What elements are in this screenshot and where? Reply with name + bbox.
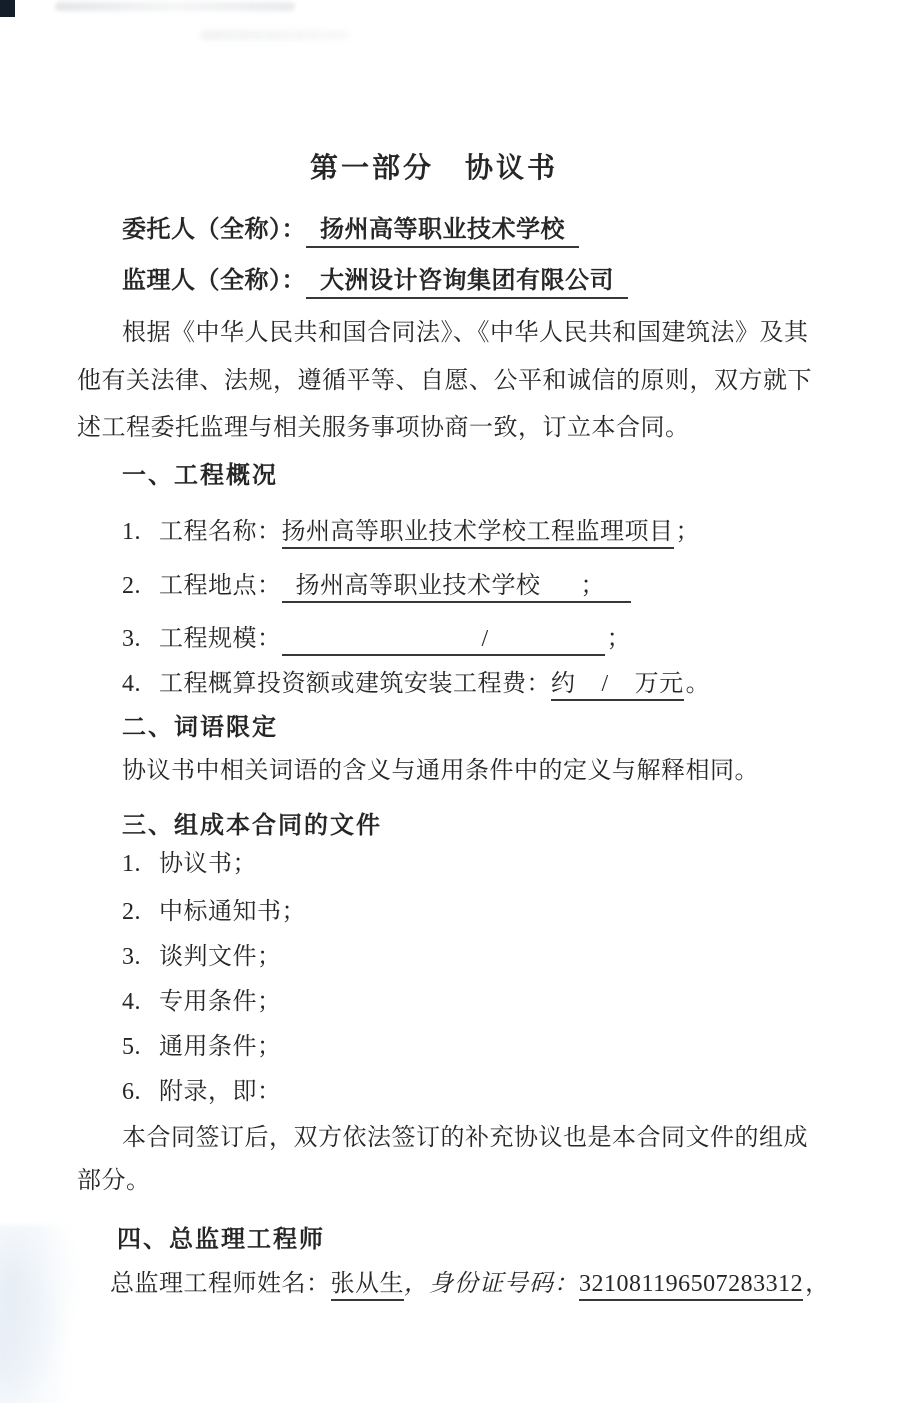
- chief-engineer-line: 总监理工程师姓名：张从生，身份证号码：321081196507283312，: [110, 1268, 830, 1300]
- chief-engineer-label: 总监理工程师姓名：: [110, 1271, 331, 1297]
- unit-word: 万元: [635, 671, 684, 697]
- party-label: 委托人（全称）：: [122, 217, 306, 243]
- line-suffix: ，: [805, 1271, 830, 1297]
- party-line-supervisor: 监理人（全称）：大洲设计咨询集团有限公司: [122, 265, 628, 299]
- item-suffix: ；: [676, 519, 701, 545]
- item-number: 2.: [122, 896, 141, 928]
- item-number: 3.: [122, 623, 141, 655]
- blank-underline: /: [282, 626, 605, 656]
- party-line-client: 委托人（全称）：扬州高等职业技术学校: [122, 214, 579, 248]
- preamble-line: 他有关法律、法规，遵循平等、自愿、公平和诚信的原则，双方就下: [77, 365, 812, 397]
- item-suffix: ；: [607, 626, 632, 652]
- id-number-label: ，身份证号码：: [404, 1271, 579, 1297]
- closing-line: 本合同签订后，双方依法签订的补充协议也是本合同文件的组成: [122, 1122, 808, 1154]
- doc-list-item: 5.通用条件；: [122, 1031, 282, 1063]
- item-text: 专用条件；: [159, 989, 282, 1015]
- item-value: 扬州高等职业技术学校: [282, 570, 555, 602]
- scan-corner-mark: [0, 0, 15, 17]
- section-heading-1: 一、工程概况: [122, 460, 278, 492]
- item-number: 5.: [122, 1031, 141, 1063]
- item-label: 工程地点：: [159, 573, 282, 599]
- section-heading-4: 四、总监理工程师: [117, 1224, 325, 1256]
- item-value-underlined: 扬州高等职业技术学校；: [282, 573, 632, 603]
- scan-smudge-top: [55, 2, 295, 11]
- item-text: 通用条件；: [159, 1034, 282, 1060]
- item-number: 1.: [122, 848, 141, 880]
- item-number: 2.: [122, 570, 141, 602]
- party-label: 监理人（全称）：: [122, 268, 306, 294]
- item-suffix: 。: [686, 671, 711, 697]
- contract-item-investment: 4.工程概算投资额或建筑安装工程费：约/万元。: [122, 668, 710, 700]
- chief-engineer-name-underlined: 张从生: [331, 1271, 405, 1301]
- party-value-underlined: 大洲设计咨询集团有限公司: [306, 265, 628, 299]
- approx-word: 约: [551, 671, 576, 697]
- contract-item-project-scale: 3.工程规模：/；: [122, 623, 631, 655]
- section-heading-2: 二、词语限定: [122, 712, 278, 744]
- item-number: 4.: [122, 986, 141, 1018]
- slash-mark: /: [602, 671, 609, 697]
- item-number: 3.: [122, 941, 141, 973]
- id-number-underlined: 321081196507283312: [579, 1271, 803, 1301]
- doc-list-item: 3.谈判文件；: [122, 941, 282, 973]
- item-label: 工程规模：: [159, 626, 282, 652]
- item-text: 谈判文件；: [159, 944, 282, 970]
- doc-list-item: 1.协议书；: [122, 848, 257, 880]
- item-number: 6.: [122, 1076, 141, 1108]
- closing-line: 部分。: [77, 1165, 151, 1197]
- preamble-line: 述工程委托监理与相关服务事项协商一致，订立本合同。: [77, 412, 690, 444]
- doc-list-item: 4.专用条件；: [122, 986, 282, 1018]
- doc-list-item: 6.附录，即：: [122, 1076, 282, 1108]
- scan-smudge-bottom-left: [0, 1225, 85, 1403]
- scan-smudge-top-2: [200, 30, 350, 40]
- contract-item-project-name: 1.工程名称：扬州高等职业技术学校工程监理项目；: [122, 516, 700, 548]
- item-value-underlined: 扬州高等职业技术学校工程监理项目: [282, 519, 674, 549]
- item-value-underlined: 约/万元: [551, 671, 684, 701]
- item-label: 工程名称：: [159, 519, 282, 545]
- scanned-contract-page: 第一部分 协议书 委托人（全称）：扬州高等职业技术学校 监理人（全称）：大洲设计…: [0, 0, 899, 1403]
- preamble-line: 根据《中华人民共和国合同法》、《中华人民共和国建筑法》及其: [122, 317, 809, 349]
- item-suffix-on-line: ；: [581, 573, 606, 599]
- item-number: 1.: [122, 516, 141, 548]
- contract-item-project-location: 2.工程地点：扬州高等职业技术学校；: [122, 570, 631, 602]
- slash-mark: /: [482, 626, 489, 652]
- page-title-text: 第一部分 协议书: [310, 153, 558, 184]
- section-heading-3: 三、组成本合同的文件: [122, 810, 382, 842]
- item-text: 附录，即：: [159, 1079, 282, 1105]
- item-number: 4.: [122, 668, 141, 700]
- page-title: 第一部分 协议书: [0, 153, 868, 185]
- section-2-body: 协议书中相关词语的含义与通用条件中的定义与解释相同。: [122, 755, 759, 787]
- item-text: 协议书；: [159, 851, 257, 877]
- item-text: 中标通知书；: [159, 899, 306, 925]
- doc-list-item: 2.中标通知书；: [122, 896, 306, 928]
- item-label: 工程概算投资额或建筑安装工程费：: [159, 671, 551, 697]
- party-value-underlined: 扬州高等职业技术学校: [306, 214, 579, 248]
